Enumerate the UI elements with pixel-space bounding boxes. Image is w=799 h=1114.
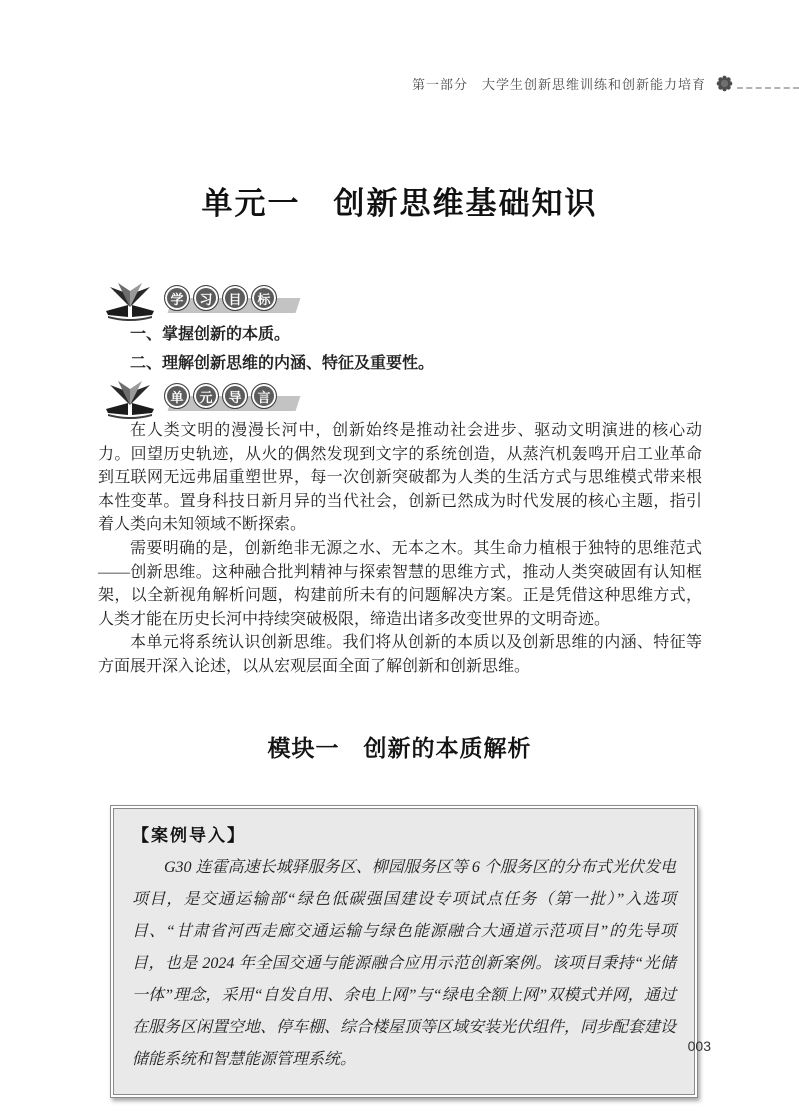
badge-char: 单 — [164, 383, 190, 409]
page-title: 单元一 创新思维基础知识 — [0, 178, 799, 223]
case-box-title: 【案例导入】 — [132, 821, 676, 846]
case-intro-box-inner: 【案例导入】 G30 连霍高速长城驿服务区、柳园服务区等 6 个服务区的分布式光… — [113, 808, 695, 1095]
badge-char: 目 — [222, 285, 248, 311]
section-title-objectives: 学 习 目 标 — [164, 285, 277, 315]
open-book-icon — [104, 281, 156, 321]
book-page: 第一部分 大学生创新思维训练和创新能力培育 单元一 创新思维基础知识 — [0, 0, 799, 1114]
header-dashed-rule — [737, 87, 799, 89]
badge-char: 习 — [193, 285, 219, 311]
page-number: 003 — [688, 1038, 711, 1054]
running-header: 第一部分 大学生创新思维训练和创新能力培育 — [0, 74, 799, 93]
objectives-list: 一、掌握创新的本质。 二、理解创新思维的内涵、特征及重要性。 — [98, 320, 700, 378]
section-title-intro: 单 元 导 言 — [164, 383, 277, 413]
open-book-icon — [104, 379, 156, 419]
badge-char: 言 — [251, 383, 277, 409]
objective-item: 二、理解创新思维的内涵、特征及重要性。 — [98, 349, 700, 378]
flower-ornament-icon — [716, 75, 733, 92]
badge-char: 元 — [193, 383, 219, 409]
case-intro-box: 【案例导入】 G30 连霍高速长城驿服务区、柳园服务区等 6 个服务区的分布式光… — [110, 805, 698, 1098]
objective-item: 一、掌握创新的本质。 — [98, 320, 700, 349]
module-title: 模块一 创新的本质解析 — [0, 730, 799, 763]
badge-char: 导 — [222, 383, 248, 409]
paragraph: 在人类文明的漫漫长河中，创新始终是推动社会进步、驱动文明演进的核心动力。回望历史… — [98, 419, 702, 537]
badge-char: 学 — [164, 285, 190, 311]
paragraph: 需要明确的是，创新绝非无源之水、无本之木。其生命力植根于独特的思维范式——创新思… — [98, 537, 702, 631]
running-header-text: 第一部分 大学生创新思维训练和创新能力培育 — [412, 74, 706, 93]
badge-char: 标 — [251, 285, 277, 311]
paragraph: 本单元将系统认识创新思维。我们将从创新的本质以及创新思维的内涵、特征等方面展开深… — [98, 631, 702, 678]
case-box-body: G30 连霍高速长城驿服务区、柳园服务区等 6 个服务区的分布式光伏发电项目，是… — [132, 852, 676, 1076]
intro-paragraphs: 在人类文明的漫漫长河中，创新始终是推动社会进步、驱动文明演进的核心动力。回望历史… — [98, 419, 702, 679]
